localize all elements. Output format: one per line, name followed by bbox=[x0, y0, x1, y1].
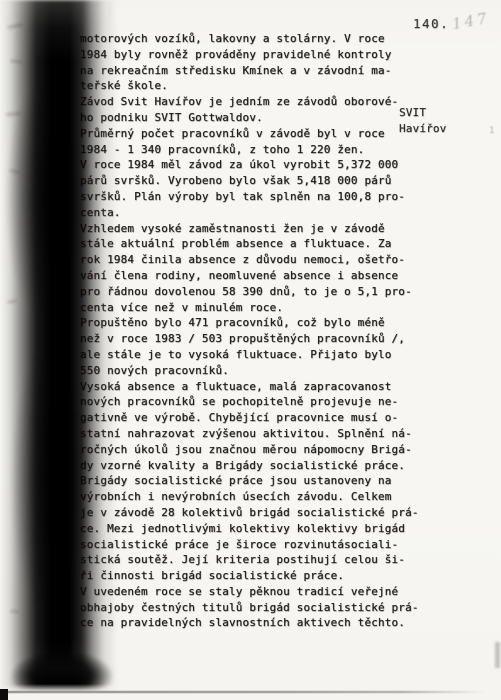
text-line: je v závodě 28 kolektivů brigád socialis… bbox=[80, 505, 419, 521]
text-line: ři činnosti brigád socialistické práce. bbox=[80, 568, 419, 584]
typed-text: motorových vozíků, lakovny a stolárny. V… bbox=[80, 31, 419, 631]
text-line: Vzhledem vysoké zaměstnanosti žen je v z… bbox=[80, 221, 419, 237]
text-line: V uvedeném roce se staly pěknou tradicí … bbox=[80, 584, 419, 600]
text-line: nových pracovníků se pochopitelně projev… bbox=[80, 394, 419, 410]
pencil-smudge bbox=[7, 22, 23, 29]
text-line: stále aktuální problém absence a fluktua… bbox=[80, 236, 419, 252]
text-line: stická soutěž. Její kriteria postihují c… bbox=[80, 552, 419, 568]
bottom-scan-line bbox=[0, 691, 501, 693]
pencil-smudge bbox=[10, 59, 22, 64]
text-line: než v roce 1983 / 503 propuštěných praco… bbox=[80, 331, 419, 347]
text-line: na rekreačním středisku Kmínek a v závod… bbox=[80, 63, 419, 79]
right-edge-smudge bbox=[495, 642, 500, 668]
text-line: 1984 - 1 340 pracovníků, z toho 1 220 že… bbox=[80, 142, 419, 158]
text-line: dy vzorné kvality a Brigády socialistick… bbox=[80, 458, 419, 474]
text-line: socialistické práce je široce rozvinutás… bbox=[80, 537, 419, 553]
text-line: Propuštěno bylo 471 pracovníků, což bylo… bbox=[80, 315, 419, 331]
margin-note-line: SVIT bbox=[399, 105, 446, 121]
text-line: centa. bbox=[80, 205, 419, 221]
text-line: vání člena rodiny, neomluvené absence i … bbox=[80, 268, 419, 284]
text-line: Závod Svit Havířov je jedním ze závodů o… bbox=[80, 94, 419, 110]
text-line: centa více než v minulém roce. bbox=[80, 300, 419, 316]
text-line: teřské škole. bbox=[80, 78, 419, 94]
text-line: obhajoby čestných titulů brigád socialis… bbox=[80, 600, 419, 616]
text-line: rok 1984 činila absence z důvodu nemoci,… bbox=[80, 252, 419, 268]
text-line: ce. Mezi jednotlivými kolektivy kolektiv… bbox=[80, 521, 419, 537]
text-line: ročných úkolů jsou značnou měrou nápomoc… bbox=[80, 442, 419, 458]
pencil-smudge bbox=[7, 299, 17, 304]
page-number: 140. bbox=[413, 16, 449, 31]
tiny-margin-mark: 1 bbox=[489, 126, 494, 136]
text-line: párů svršků. Vyrobeno bylo však 5,418 00… bbox=[80, 173, 419, 189]
text-line: statní nahrazovat zvýšenou aktivitou. Sp… bbox=[80, 426, 419, 442]
text-line: V roce 1984 měl závod za úkol vyrobit 5,… bbox=[80, 157, 419, 173]
handwritten-pencil-number: 147 bbox=[451, 9, 491, 33]
text-line: výrobních i nevýrobních úsecích závodu. … bbox=[80, 489, 419, 505]
scanned-document-page: 140. 147 motorových vozíků, lakovny a st… bbox=[0, 0, 501, 700]
text-line: ho podniku SVIT Gottwaldov. bbox=[80, 110, 419, 126]
text-line: motorových vozíků, lakovny a stolárny. V… bbox=[80, 31, 419, 47]
text-line: 1984 byly rovněž prováděny pravidelné ko… bbox=[80, 47, 419, 63]
text-line: Vysoká absence a fluktuace, malá zapraco… bbox=[80, 379, 419, 395]
text-line: svršků. Plán výroby byl tak splněn na 10… bbox=[80, 189, 419, 205]
text-line: Brigády socialistické práce jsou ustanov… bbox=[80, 473, 419, 489]
text-line: ale stále je to vysoká fluktuace. Přijat… bbox=[80, 347, 419, 363]
pencil-smudge bbox=[10, 610, 19, 614]
text-line: ce na pravidelných slavnostních aktivech… bbox=[80, 615, 419, 631]
pencil-smudge bbox=[6, 111, 21, 116]
text-line: pro řádnou dovolenou 58 390 dnů, to je o… bbox=[80, 284, 419, 300]
margin-note: SVIT Havířov bbox=[399, 105, 446, 137]
bottom-left-corner-mark bbox=[0, 689, 8, 700]
pencil-smudge bbox=[9, 169, 20, 175]
text-line: gativně ve výrobě. Chybějící pracovnice … bbox=[80, 410, 419, 426]
text-line: 550 nových pracovníků. bbox=[80, 363, 419, 379]
margin-note-line: Havířov bbox=[399, 121, 446, 137]
text-line: Průměrný počet pracovníků v závodě byl v… bbox=[80, 126, 419, 142]
